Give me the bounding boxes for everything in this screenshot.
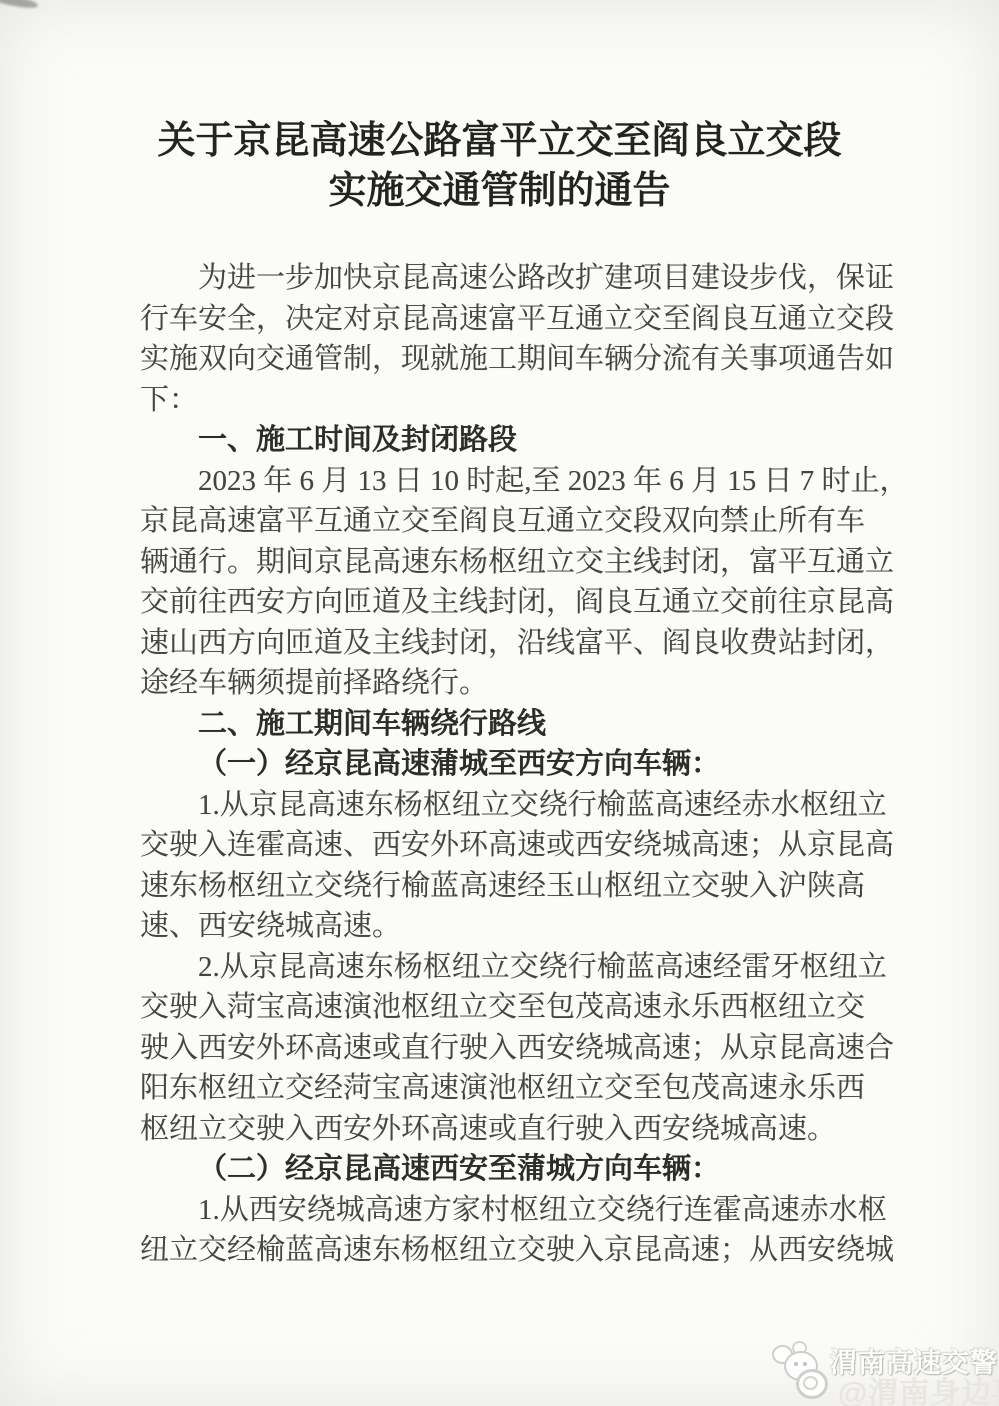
paragraph-line: 2023 年 6 月 13 日 10 时起,至 2023 年 6 月 15 日 …	[140, 461, 880, 502]
paragraph-line: 行车安全，决定对京昆高速富平互通立交至阎良互通立交段	[140, 299, 880, 340]
paragraph-line: 枢纽立交驶入西安外环高速或直行驶入西安绕城高速。	[140, 1109, 880, 1150]
document-title: 关于京昆高速公路富平立交至阎良立交段 实施交通管制的通告	[0, 116, 999, 216]
paragraph-line: 2.从京昆高速东杨枢纽立交绕行榆蓝高速经雷牙枢纽立	[140, 947, 880, 988]
paragraph-line: 1.从京昆高速东杨枢纽立交绕行榆蓝高速经赤水枢纽立	[140, 785, 880, 826]
paragraph-line: 实施双向交通管制，现就施工期间车辆分流有关事项通告如	[140, 339, 880, 380]
document-title-line-2: 实施交通管制的通告	[0, 166, 999, 216]
paragraph-line: 纽立交经榆蓝高速东杨枢纽立交驶入京昆高速；从西安绕城	[140, 1230, 880, 1271]
paragraph-line: 为进一步加快京昆高速公路改扩建项目建设步伐，保证	[140, 258, 880, 299]
document-body: 为进一步加快京昆高速公路改扩建项目建设步伐，保证行车安全，决定对京昆高速富平互通…	[140, 258, 880, 1271]
paragraph-line: 驶入西安外环高速或直行驶入西安绕城高速；从京昆高速合	[140, 1028, 880, 1069]
watermark-account-name: 渭南高速交警	[830, 1341, 998, 1380]
subheading-line: （一）经京昆高速蒲城至西安方向车辆：	[140, 744, 880, 785]
snail-shell-icon	[796, 1369, 828, 1399]
watermark-handle: @渭南身边事	[838, 1368, 999, 1406]
snail-shell-inner-icon	[803, 1376, 818, 1390]
chat-bubble-small-icon	[792, 1341, 807, 1355]
document-title-line-1: 关于京昆高速公路富平立交至阎良立交段	[0, 116, 999, 166]
subheading-line: （二）经京昆高速西安至蒲城方向车辆：	[140, 1149, 880, 1190]
paragraph-line: 交驶入菏宝高速演池枢纽立交至包茂高速永乐西枢纽立交	[140, 987, 880, 1028]
paragraph-line: 阳东枢纽立交经菏宝高速演池枢纽立交至包茂高速永乐西	[140, 1068, 880, 1109]
paragraph-line: 京昆高速富平互通立交至阎良互通立交段双向禁止所有车	[140, 501, 880, 542]
paragraph-line: 速东杨枢纽立交绕行榆蓝高速经玉山枢纽立交驶入沪陕高	[140, 866, 880, 907]
paragraph-line: 速山西方向匝道及主线封闭，沿线富平、阎良收费站封闭，	[140, 623, 880, 664]
scan-artifact-mark	[0, 0, 38, 10]
heading-line: 一、施工时间及封闭路段	[140, 420, 880, 461]
heading-line: 二、施工期间车辆绕行路线	[140, 704, 880, 745]
mascot-eye-icon	[794, 1362, 798, 1366]
paragraph-line: 交前往西安方向匝道及主线封闭，阎良互通立交前往京昆高	[140, 582, 880, 623]
mascot-face-icon	[784, 1351, 818, 1381]
chat-bubble-icon	[772, 1345, 793, 1364]
paragraph-line: 交驶入连霍高速、西安外环高速或西安绕城高速；从京昆高	[140, 825, 880, 866]
scanned-notice-page: 关于京昆高速公路富平立交至阎良立交段 实施交通管制的通告 为进一步加快京昆高速公…	[0, 0, 999, 1406]
paragraph-line: 辆通行。期间京昆高速东杨枢纽立交主线封闭，富平互通立	[140, 542, 880, 583]
paragraph-line: 下：	[140, 380, 880, 421]
weibo-avatar-icon	[772, 1341, 834, 1399]
paragraph-line: 速、西安绕城高速。	[140, 906, 880, 947]
paragraph-line: 途经车辆须提前择路绕行。	[140, 663, 880, 704]
paragraph-line: 1.从西安绕城高速方家村枢纽立交绕行连霍高速赤水枢	[140, 1190, 880, 1231]
mascot-eye-icon	[803, 1362, 807, 1366]
